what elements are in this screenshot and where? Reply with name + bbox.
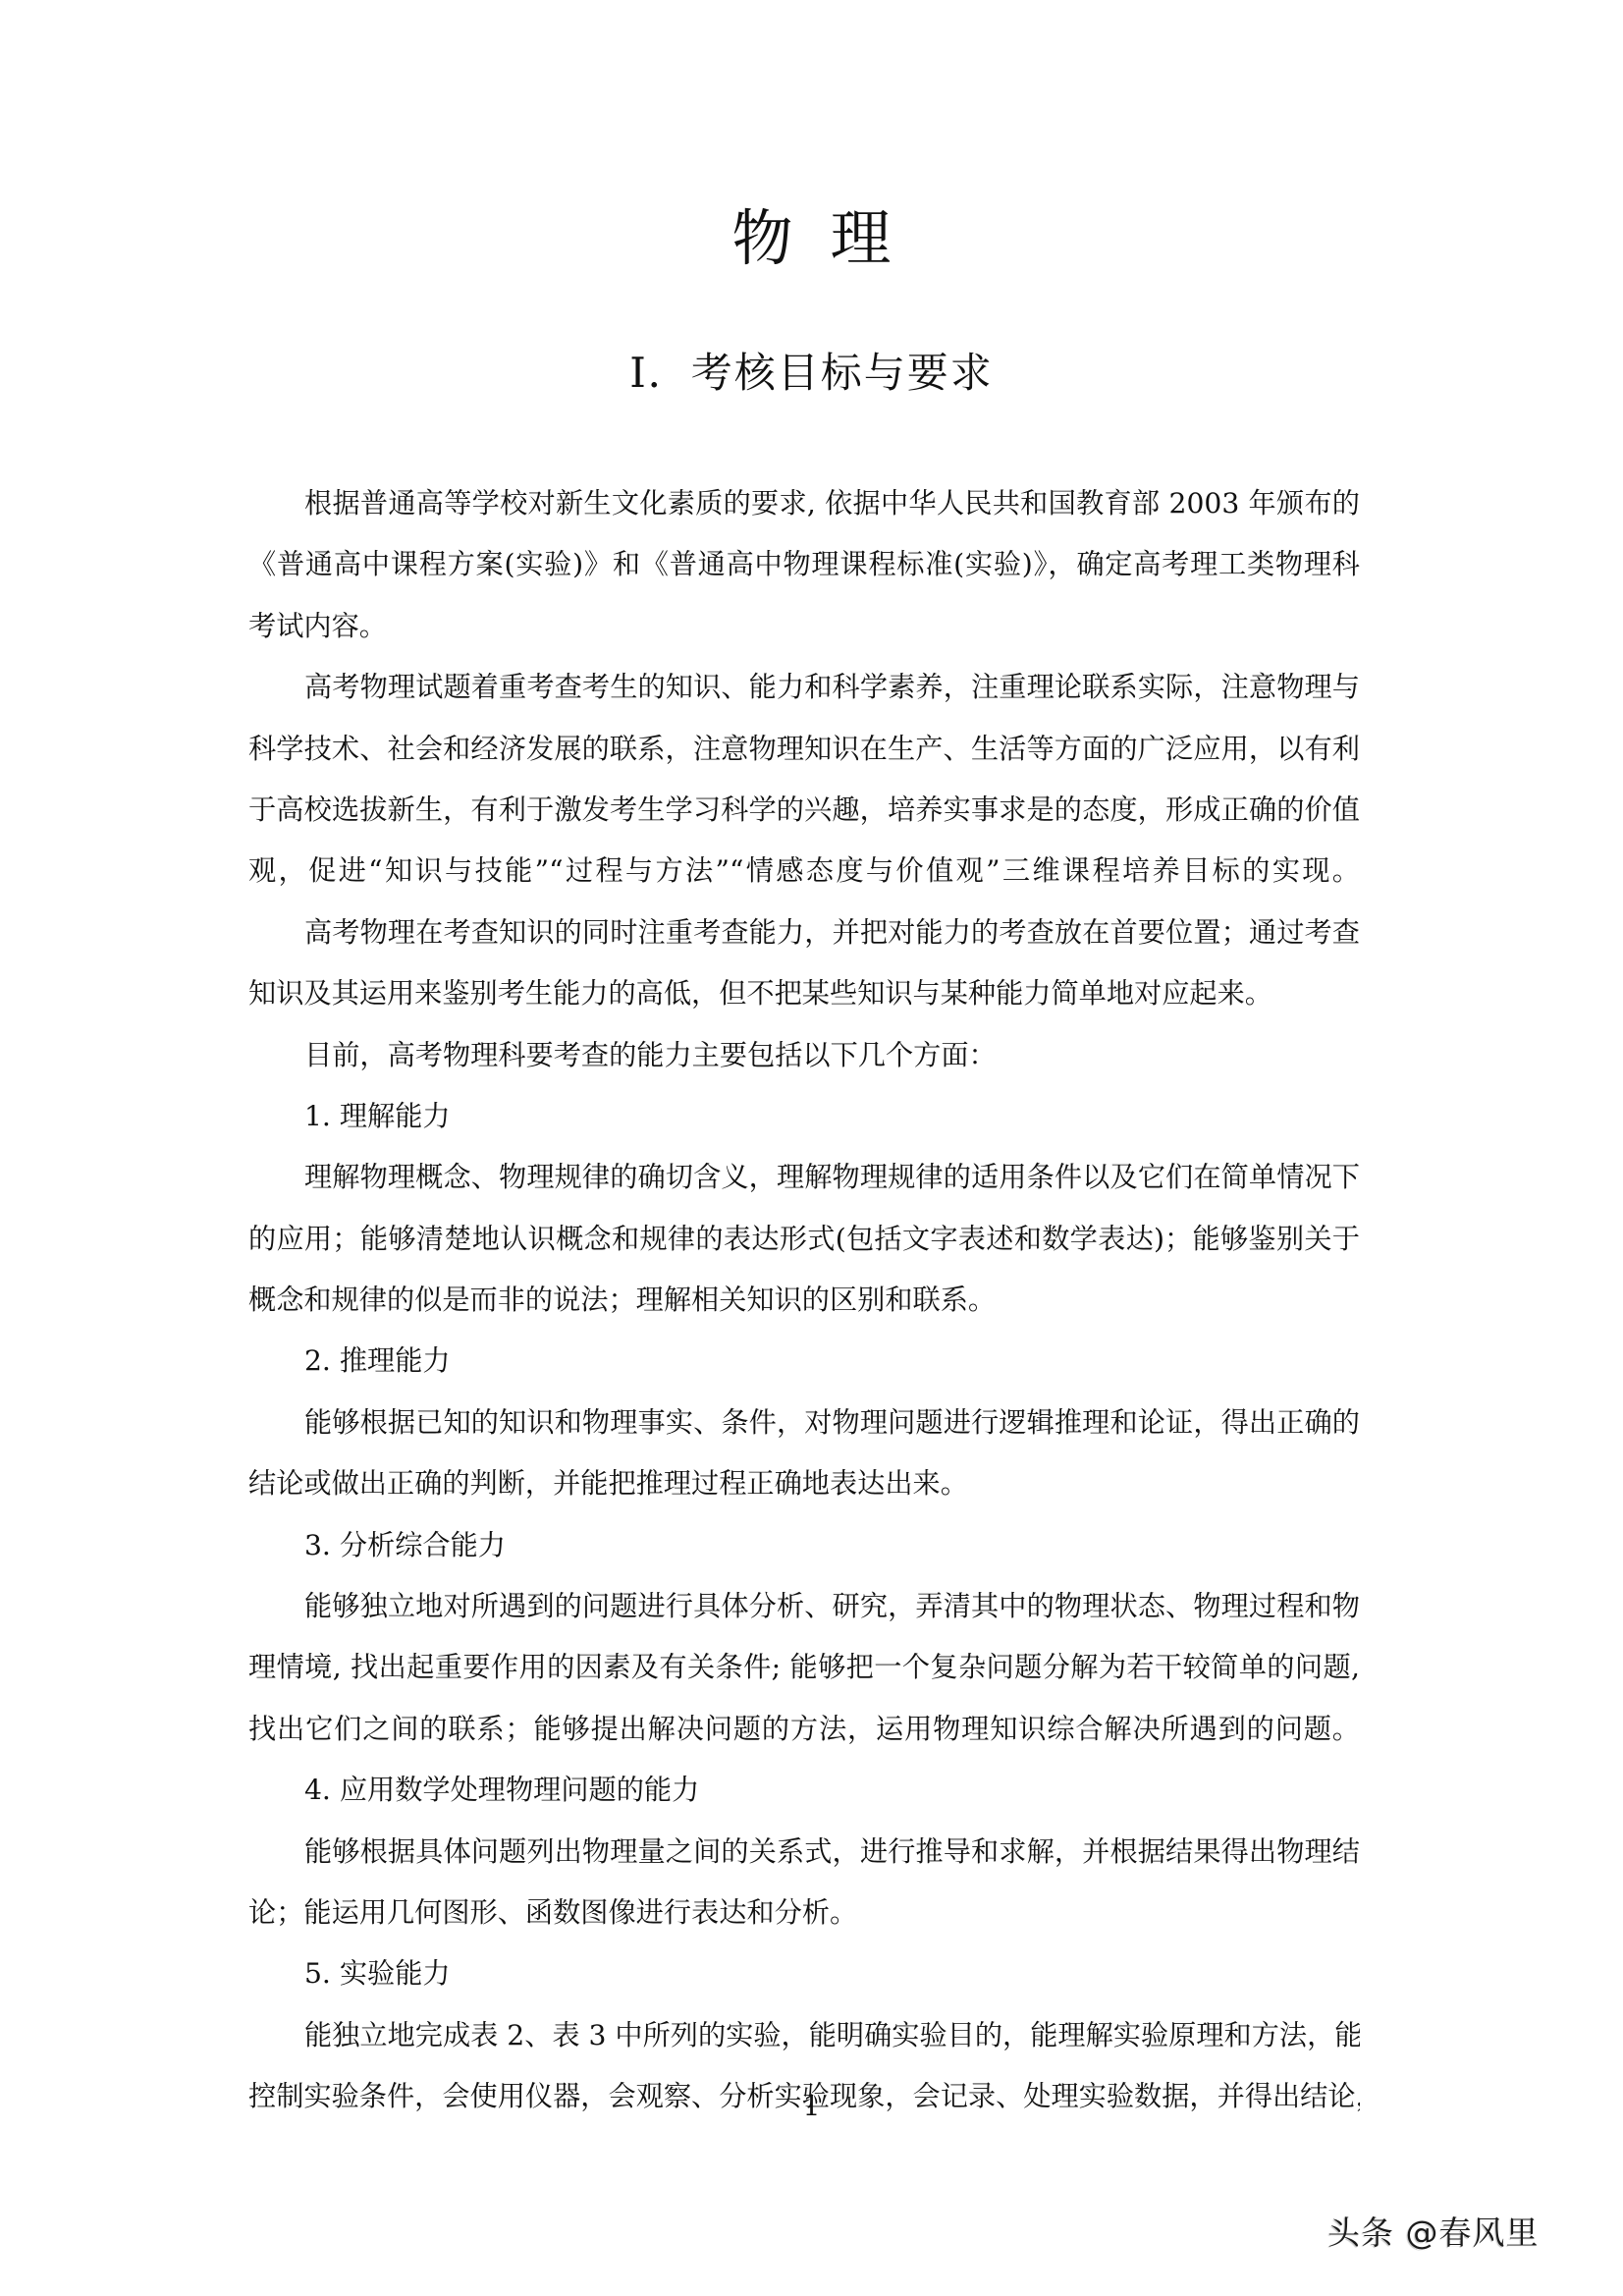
text-line: 理解物理概念、物理规律的确切含义，理解物理规律的适用条件以及它们在简单情况下 [248,1155,1360,1216]
text-line: 的应用；能够清楚地认识概念和规律的表达形式(包括文字表述和数学表达)；能够鉴别关… [248,1217,1360,1278]
page-number: 1 [0,2090,1623,2123]
text-line: 能够根据已知的知识和物理事实、条件，对物理问题进行逻辑推理和论证，得出正确的 [248,1400,1360,1461]
page-title: 物理 [0,202,1623,275]
ability-heading-understanding: 1. 理解能力 [248,1094,1360,1155]
text-line: 根据普通高等学校对新生文化素质的要求, 依据中华人民共和国教育部 2003 年颁… [248,481,1360,542]
section-heading: Ⅰ．考核目标与要求 [0,346,1623,401]
ability-heading-math: 4. 应用数学处理物理问题的能力 [248,1768,1360,1829]
text-line: 《普通高中课程方案(实验)》和《普通高中物理课程标准(实验)》，确定高考理工类物… [248,542,1360,603]
text-line: 结论或做出正确的判断，并能把推理过程正确地表达出来。 [248,1461,1360,1522]
text-line: 知识及其运用来鉴别考生能力的高低，但不把某些知识与某种能力简单地对应起来。 [248,971,1360,1032]
text-line: 于高校选拔新生，有利于激发考生学习科学的兴趣，培养实事求是的态度，形成正确的价值 [248,788,1360,848]
text-line: 论；能运用几何图形、函数图像进行表达和分析。 [248,1890,1360,1951]
text-line: 考试内容。 [248,604,1360,665]
text-line: 目前，高考物理科要考查的能力主要包括以下几个方面： [248,1033,1360,1094]
text-line: 概念和规律的似是而非的说法；理解相关知识的区别和联系。 [248,1278,1360,1339]
text-line: 找出它们之间的联系；能够提出解决问题的方法，运用物理知识综合解决所遇到的问题。 [248,1707,1360,1768]
ability-heading-analysis: 3. 分析综合能力 [248,1523,1360,1584]
watermark: 头条 @春风里 [1327,2212,1540,2255]
ability-heading-experiment: 5. 实验能力 [248,1951,1360,2012]
text-line: 科学技术、社会和经济发展的联系，注意物理知识在生产、生活等方面的广泛应用，以有利 [248,727,1360,788]
text-line: 能够独立地对所遇到的问题进行具体分析、研究，弄清其中的物理状态、物理过程和物 [248,1584,1360,1645]
text-line: 能独立地完成表 2、表 3 中所列的实验，能明确实验目的，能理解实验原理和方法，… [248,2013,1360,2074]
body-text: 根据普通高等学校对新生文化素质的要求, 依据中华人民共和国教育部 2003 年颁… [248,481,1360,2136]
text-line: 理情境, 找出起重要作用的因素及有关条件; 能够把一个复杂问题分解为若干较简单的… [248,1645,1360,1706]
text-line: 高考物理试题着重考查考生的知识、能力和科学素养，注重理论联系实际，注意物理与 [248,665,1360,726]
text-line: 能够根据具体问题列出物理量之间的关系式，进行推导和求解，并根据结果得出物理结 [248,1830,1360,1890]
text-line: 观，促进“知识与技能”“过程与方法”“情感态度与价值观”三维课程培养目标的实现。 [248,848,1360,909]
ability-heading-reasoning: 2. 推理能力 [248,1339,1360,1399]
text-line: 高考物理在考查知识的同时注重考查能力，并把对能力的考查放在首要位置；通过考查 [248,910,1360,971]
